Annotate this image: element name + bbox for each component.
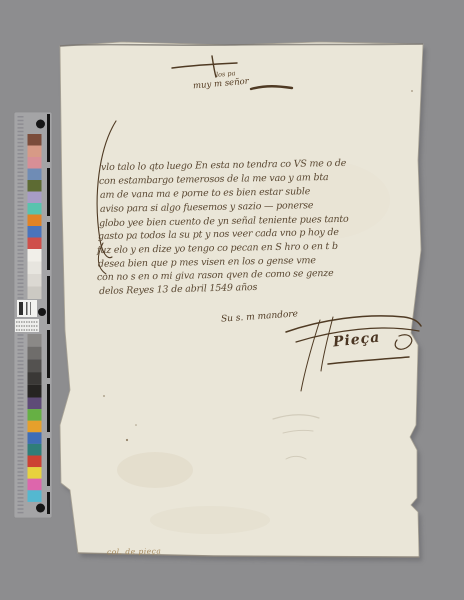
footer-annotation: col. de pieça (107, 547, 161, 557)
barcode-bar (26, 302, 28, 315)
paper-sheet (60, 42, 423, 557)
gray-step (28, 334, 42, 347)
patch-swatch (28, 169, 42, 181)
registration-dot-top (36, 120, 45, 129)
registration-dot-middle (38, 308, 46, 316)
patch-swatch (28, 421, 42, 433)
patch-swatch (28, 432, 42, 444)
gray-step (28, 249, 42, 262)
patch-swatch (28, 192, 42, 204)
gray-step (28, 274, 42, 287)
patch-swatch (28, 444, 42, 456)
patch-swatch (28, 398, 42, 410)
registration-dot-bottom (36, 504, 45, 513)
gray-step (28, 372, 42, 385)
gray-step (28, 359, 42, 372)
patch-swatch (28, 180, 42, 192)
patch-swatch (28, 467, 42, 479)
patch-swatch (28, 215, 42, 227)
patch-swatch (28, 146, 42, 158)
gray-step (28, 385, 42, 398)
patch-swatch (28, 456, 42, 468)
patch-swatch (28, 409, 42, 421)
patch-swatch (28, 490, 42, 502)
patch-swatch (28, 203, 42, 215)
patch-swatch (28, 157, 42, 169)
gray-step (28, 287, 42, 300)
barcode-bar (30, 302, 31, 315)
gray-step (28, 347, 42, 360)
barcode-bar (19, 302, 23, 315)
patch-swatch (28, 238, 42, 250)
scene-canvas (0, 0, 464, 600)
manuscript-photograph: los pa muy m señor vlo talo lo qto luego… (0, 0, 464, 600)
gray-step (28, 262, 42, 275)
color-calibration-strip (14, 112, 52, 518)
patch-swatch (28, 134, 42, 146)
patch-swatch (28, 226, 42, 238)
patch-swatch (28, 479, 42, 491)
